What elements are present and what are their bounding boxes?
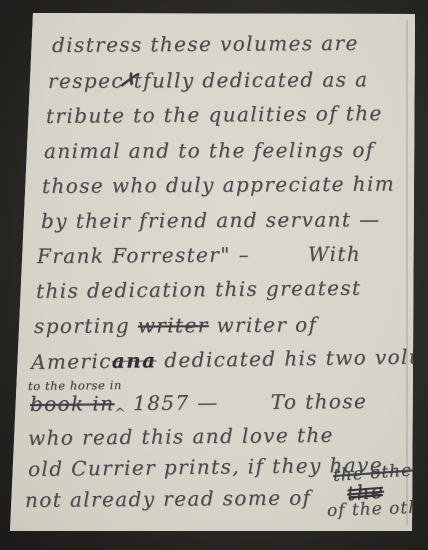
handwriting-line: book in^ 1857 —To those: [30, 389, 367, 422]
paper-crease: [406, 20, 408, 525]
handwriting-line: who read this and love the: [28, 423, 334, 450]
handwriting-line: by their friend and servant —: [41, 207, 381, 233]
handwriting-text: dedicated his two volume: [156, 344, 428, 372]
handwriting-text: respec: [48, 69, 124, 93]
struck-word: writer: [138, 313, 209, 337]
handwriting-text: To those: [271, 389, 368, 414]
handwriting-text: sporting: [34, 313, 138, 338]
handwriting-line: tribute to the qualities of the: [46, 101, 383, 128]
handwriting-text: who read this and love the: [28, 423, 334, 450]
handwriting-line: respec✗tfully dedicated as a: [48, 67, 369, 94]
handwriting-line: animal and to the feelings of: [44, 138, 375, 163]
handwriting-text: Frank Forrester" –: [37, 243, 250, 268]
handwriting-text: not already read some of: [25, 485, 319, 512]
x-scribble-mark: ✗: [117, 67, 141, 95]
insertion-caret: ^: [114, 406, 125, 421]
handwriting-text: by their friend and servant —: [41, 207, 381, 233]
handwriting-line: Americana dedicated his two volumes: [31, 343, 428, 374]
correction-insertion: of the other: [327, 497, 428, 521]
manuscript-page: distress these volumes are respec✗tfully…: [0, 0, 428, 550]
handwriting-line: old Currier prints, if they have: [28, 453, 383, 481]
handwriting-text: tfully dedicated as a: [134, 67, 369, 92]
handwriting-text: 1857 —: [125, 390, 219, 415]
handwriting-text: tribute to the qualities of the: [46, 101, 383, 128]
handwriting-text: animal and to the feelings of: [44, 138, 375, 163]
struck-word: book in: [30, 391, 115, 416]
handwriting-text: writer of: [209, 313, 318, 338]
handwriting-line: this dedication this greatest: [36, 276, 362, 303]
handwriting-text: old Currier prints, if they have: [28, 453, 383, 481]
photograph-background: distress these volumes are respec✗tfully…: [0, 0, 428, 550]
handwriting-line: distress these volumes are: [52, 31, 359, 57]
handwriting-text: those who duly appreciate him: [42, 172, 395, 198]
handwriting-text: Americ: [31, 349, 112, 374]
handwriting-line: sporting writer writer of: [34, 313, 317, 338]
handwriting-text: this dedication this greatest: [36, 276, 362, 303]
handwriting-text: distress these volumes are: [52, 31, 359, 57]
handwriting-line: Frank Forrester" –With: [37, 242, 361, 268]
handwriting-text: With: [308, 242, 361, 266]
overwritten-letters: ana: [112, 348, 157, 373]
handwriting-text: of the other: [327, 497, 428, 521]
handwriting-line: those who duly appreciate him: [42, 172, 395, 198]
